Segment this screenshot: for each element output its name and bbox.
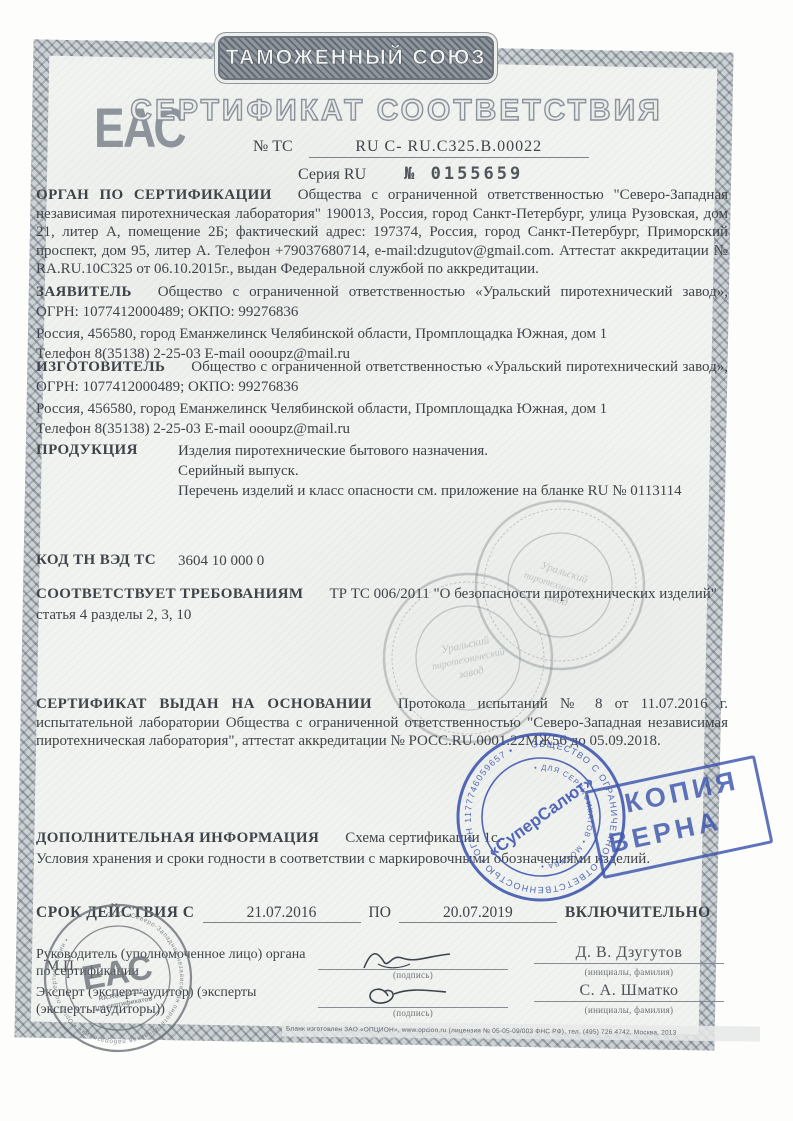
signatory-name-block: С. А. Шматко (инициалы, фамилия) [534,982,724,1018]
section-production: ПРОДУКЦИЯ Изделия пиротехнические бытово… [36,441,728,501]
series-label: Серия RU [298,166,366,183]
signatory-name: Д. В. Дзугутов [534,944,724,964]
customs-union-badge-label: ТАМОЖЕННЫЙ СОЮЗ [226,46,487,70]
requirements-line2: статья 4 разделы 2, 3, 10 [36,606,728,625]
signatory-role: Эксперт (эксперт-аудитор) (эксперты (экс… [36,984,318,1018]
production-lines: Изделия пиротехнические бытового назначе… [178,441,682,501]
additional-info-line1: Схема сертификации 1с. [345,830,501,846]
applicant-line1: Общество с ограниченной ответственностью… [36,284,728,320]
tnved-code-value: 3604 10 000 0 [178,551,264,571]
certificate-number-label: № ТС [253,138,293,155]
certificate-page: ТАМОЖЕННЫЙ СОЮЗ ЕАС СЕРТИФИКАТ СООТВЕТСТ… [0,0,793,1121]
applicant-line2: Россия, 456580, город Еманжелинск Челяби… [36,325,728,345]
validity-to-date: 20.07.2019 [399,904,557,923]
validity-suffix: ВКЛЮЧИТЕЛЬНО [565,904,711,922]
validity-from-date: 21.07.2016 [203,904,361,923]
series-row: Серия RU№ 0155659 [298,164,523,184]
signature-row-head: Руководитель (уполномоченное лицо) орган… [36,944,736,980]
name-caption: (инициалы, фамилия) [585,967,674,977]
production-line1: Изделия пиротехнические бытового назначе… [178,441,682,461]
signatory-name: С. А. Шматко [534,982,724,1002]
section-certification-body: ОРГАН ПО СЕРТИФИКАЦИИОбщества с ограниче… [36,186,728,279]
signatory-role: Руководитель (уполномоченное лицо) орган… [36,946,318,980]
validity-row: СРОК ДЕЙСТВИЯ С 21.07.2016 ПО 20.07.2019… [36,904,711,923]
requirements-line1: ТР ТС 006/2011 "О безопасности пиротехни… [329,586,716,602]
signature-squiggle [358,982,458,1012]
validity-prefix: СРОК ДЕЙСТВИЯ С [36,904,195,922]
series-number: № 0155659 [404,164,523,184]
section-label: ПРОДУКЦИЯ [36,441,178,501]
section-manufacturer: ИЗГОТОВИТЕЛЬОбщество с ограниченной отве… [36,358,728,439]
production-line3: Перечень изделий и класс опасности см. п… [178,481,682,501]
section-label: ЗАЯВИТЕЛЬ [36,284,132,300]
name-caption: (инициалы, фамилия) [585,1005,674,1015]
manufacturer-line3: Телефон 8(35138) 2-25-03 E-mail oooupz@m… [36,420,728,440]
customs-union-badge: ТАМОЖЕННЫЙ СОЮЗ [218,36,494,80]
signature-area: (подпись) [318,969,508,980]
signature-squiggle [358,944,458,974]
signatory-name-block: Д. В. Дзугутов (инициалы, фамилия) [534,944,724,980]
section-basis: СЕРТИФИКАТ ВЫДАН НА ОСНОВАНИИПротокола и… [36,695,728,751]
production-line2: Серийный выпуск. [178,461,682,481]
signature-row-expert: Эксперт (эксперт-аудитор) (эксперты (экс… [36,982,736,1018]
section-label: СЕРТИФИКАТ ВЫДАН НА ОСНОВАНИИ [36,696,372,712]
section-label: ИЗГОТОВИТЕЛЬ [36,359,165,375]
section-label: ОРГАН ПО СЕРТИФИКАЦИИ [36,187,272,203]
section-label: СООТВЕТСТВУЕТ ТРЕБОВАНИЯМ [36,586,303,602]
section-label: ДОПОЛНИТЕЛЬНАЯ ИНФОРМАЦИЯ [36,830,319,846]
manufacturer-line2: Россия, 456580, город Еманжелинск Челяби… [36,400,728,420]
certificate-number-row: № ТСRU C- RU.C325.B.00022 [253,138,589,158]
section-applicant: ЗАЯВИТЕЛЬОбщество с ограниченной ответст… [36,283,728,364]
section-label: КОД ТН ВЭД ТС [36,551,178,571]
section-requirements: СООТВЕТСТВУЕТ ТРЕБОВАНИЯМТР ТС 006/2011 … [36,585,728,624]
signature-area: (подпись) [318,1007,508,1018]
certificate-number-value: RU C- RU.C325.B.00022 [309,138,589,158]
section-tnved-code: КОД ТН ВЭД ТС 3604 10 000 0 [36,551,728,571]
validity-po: ПО [369,904,391,922]
page-title: СЕРТИФИКАТ СООТВЕТСТВИЯ [0,94,793,128]
